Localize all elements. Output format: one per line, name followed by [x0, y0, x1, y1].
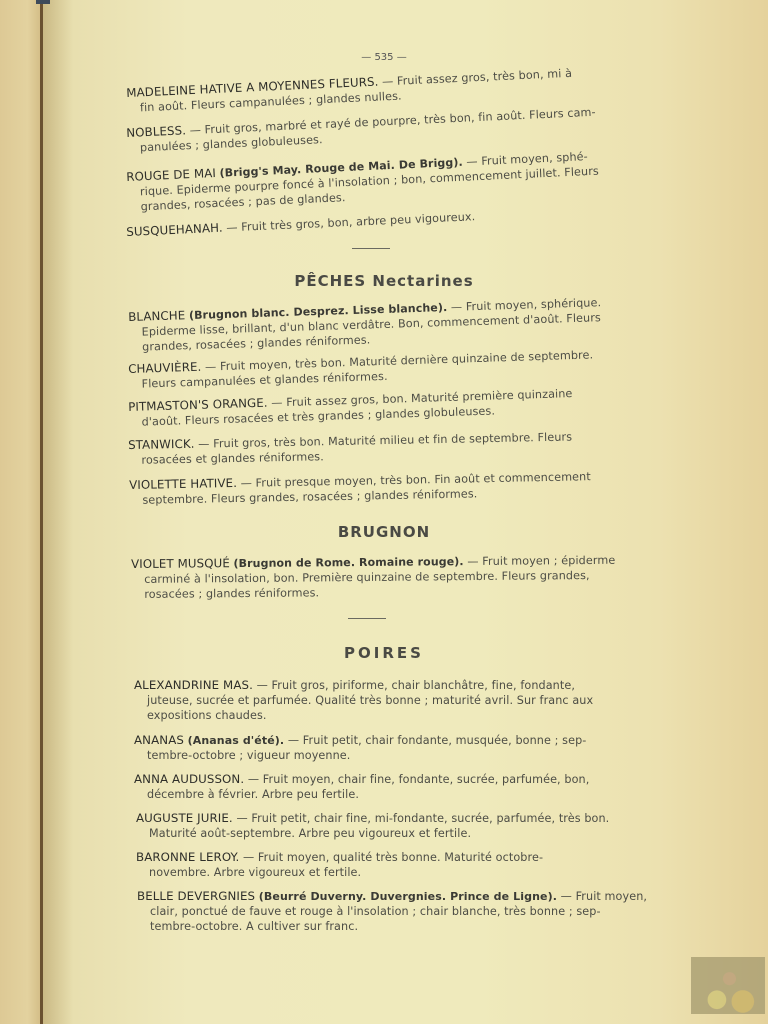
entry-auguste-jurie: AUGUSTE JURIE. — Fruit petit, chair fine… [136, 811, 609, 841]
entry-text: décembre à février. Arbre peu fertile. [134, 787, 589, 802]
entry-synonyms: (Ananas d'été). [188, 734, 285, 747]
spine-shadow [43, 0, 73, 1024]
entry-name: ANNA AUDUSSON. [134, 772, 244, 786]
thumbnail-image [691, 957, 765, 1014]
entry-name: VIOLET MUSQUÉ [131, 556, 230, 571]
entry-text: — Fruit moyen, chair fine, fondante, suc… [248, 773, 590, 786]
entry-ananas: ANANAS (Ananas d'été). — Fruit petit, ch… [134, 733, 586, 763]
entry-name: BELLE DEVERGNIES [137, 889, 255, 903]
entry-synonyms: (Beurré Duverny. Duvergnies. Prince de L… [259, 890, 557, 903]
entry-name: VIOLETTE HATIVE. [129, 476, 237, 492]
entry-violet-musque: VIOLET MUSQUÉ (Brugnon de Rome. Romaine … [131, 553, 616, 602]
entry-text: — Fruit petit, chair fine, mi-fondante, … [236, 812, 609, 825]
entry-text: — Fruit gros, piriforme, chair blanchâtr… [257, 679, 575, 692]
entry-alexandrine-mas: ALEXANDRINE MAS. — Fruit gros, piriforme… [134, 678, 593, 723]
entry-text: juteuse, sucrée et parfumée. Qualité trè… [134, 693, 593, 708]
section-divider [348, 618, 386, 619]
entry-name: CHAUVIÈRE. [128, 360, 202, 376]
page-number: — 535 — [0, 52, 768, 63]
entry-name: BARONNE LEROY. [136, 850, 239, 864]
entry-name: ANANAS [134, 733, 184, 747]
entry-name: ALEXANDRINE MAS. [134, 678, 253, 692]
entry-synonyms: (Brugnon de Rome. Romaine rouge). [233, 555, 463, 570]
entry-text: — Fruit moyen, qualité très bonne. Matur… [243, 851, 543, 864]
section-title-poires: POIRES [0, 644, 768, 662]
entry-anna-audusson: ANNA AUDUSSON. — Fruit moyen, chair fine… [134, 772, 589, 802]
entry-belle-devergnies: BELLE DEVERGNIES (Beurré Duverny. Duverg… [137, 889, 647, 934]
entry-text: expositions chaudes. [134, 708, 593, 723]
entry-text: novembre. Arbre vigoureux et fertile. [136, 865, 543, 880]
entry-name: AUGUSTE JURIE. [136, 811, 233, 825]
entry-text: tembre-octobre ; vigueur moyenne. [134, 748, 586, 763]
page-corner [36, 0, 50, 4]
entry-name: SUSQUEHANAH. [126, 221, 223, 239]
entry-text: Maturité août-septembre. Arbre peu vigou… [136, 826, 609, 841]
entry-name: NOBLESS. [126, 123, 186, 140]
section-title-brugnon: BRUGNON [0, 523, 768, 541]
entry-name: BLANCHE [128, 308, 186, 324]
entry-text: — Fruit petit, chair fondante, musquée, … [288, 734, 587, 747]
entry-name: STANWICK. [128, 437, 195, 452]
entry-text: — Fruit moyen, [561, 890, 647, 903]
section-divider [352, 248, 390, 249]
section-title-peches-nectarines: PÊCHES Nectarines [0, 272, 768, 290]
entry-text: tembre-octobre. A cultiver sur franc. [137, 919, 647, 934]
entry-baronne-leroy: BARONNE LEROY. — Fruit moyen, qualité tr… [136, 850, 543, 880]
entry-text: clair, ponctué de fauve et rouge à l'ins… [137, 904, 647, 919]
entry-text: — Fruit moyen ; épiderme [467, 554, 615, 568]
